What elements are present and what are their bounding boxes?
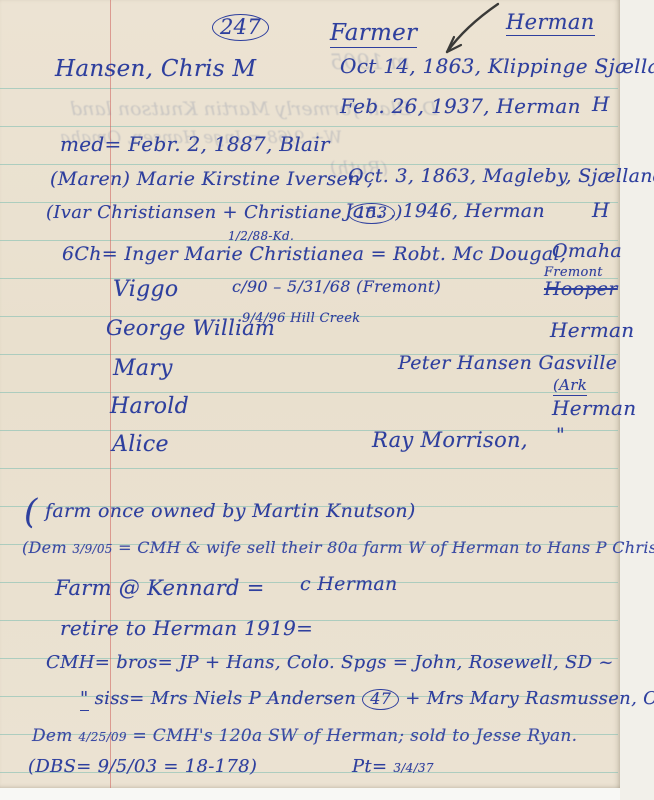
child-dates: 9/4/96 Hill Creek [242, 311, 360, 326]
cross-ref-circle: 47 [362, 689, 399, 710]
child-place-corrected: Fremont Hooper [544, 266, 618, 300]
kennard-place: c Herman [300, 573, 398, 595]
scan-edge-bottom [0, 788, 620, 800]
brace-mark: ( [24, 492, 38, 532]
death-line: Feb. 26, 1937, Herman [340, 94, 581, 118]
occupation: Farmer [330, 20, 417, 46]
place-crossed-out: Hooper [544, 280, 618, 300]
page-number: 247 [212, 14, 269, 41]
marriage-line: med= Febr. 2, 1887, Blair [60, 132, 330, 156]
sisters-note: " siss= Mrs Niels P Andersen 47 + Mrs Ma… [80, 688, 654, 710]
brothers-note: CMH= bros= JP + Hans, Colo. Spgs = John,… [46, 652, 614, 673]
deed-note-1905: (Dem 3/9/05 = CMH & wife sell their 80a … [22, 538, 654, 557]
kennard-note: Farm @ Kennard = [55, 576, 265, 600]
child-place: Herman [550, 318, 634, 342]
child-spouse: Peter Hansen Gasville [398, 352, 617, 374]
wife-birth: Oct. 3, 1863, Magleby, Sjælland [348, 165, 654, 187]
death-mark: H [592, 92, 610, 116]
child-row: Alice [112, 432, 169, 457]
town-header: Herman [506, 10, 595, 34]
wife-death: Jan. , 1946, Herman [345, 200, 545, 222]
ditto-mark: " [80, 688, 89, 711]
pt-reference: Pt= 3/4/37 [352, 756, 434, 777]
scanned-notebook-page: m 1905 D. Blair formerly Martin Knutson … [0, 0, 654, 800]
farm-note: farm once owned by Martin Knutson) [45, 500, 416, 522]
wife-name: (Maren) Marie Kirstine Iversen , [50, 168, 373, 190]
child-place-ditto: " [556, 424, 565, 446]
page-number-circle: 247 [212, 14, 269, 41]
child-spouse: Ray Morrison, [372, 428, 528, 452]
child-place: Herman [552, 396, 636, 420]
child-row: Harold [110, 394, 189, 419]
child-row: Viggo [113, 277, 178, 302]
child-superscript: 1/2/88-Kd. [228, 229, 294, 243]
deed-date-superscript: 3/9/05 [72, 542, 112, 556]
child-dates: c/90 – 5/31/68 (Fremont) [232, 277, 441, 296]
child-place: (Ark [553, 376, 587, 394]
wife-death-mark: H [592, 198, 610, 222]
reference-codes: (DBS= 9/5/03 = 18-178) [28, 756, 257, 777]
deed-date-superscript: 4/25/09 [78, 730, 126, 744]
child-row: 6Ch= Inger Marie Christianea = Robt. Mc … [62, 243, 566, 265]
person-name: Hansen, Chris M [55, 56, 256, 82]
child-place: Omaha [552, 240, 622, 262]
retire-note: retire to Herman 1919= [60, 616, 313, 640]
birth-line: Oct 14, 1863, Klippinge Sjælland [340, 54, 654, 78]
child-row: Mary [113, 356, 173, 381]
deed-note-1909: Dem 4/25/09 = CMH's 120a SW of Herman; s… [32, 726, 577, 746]
